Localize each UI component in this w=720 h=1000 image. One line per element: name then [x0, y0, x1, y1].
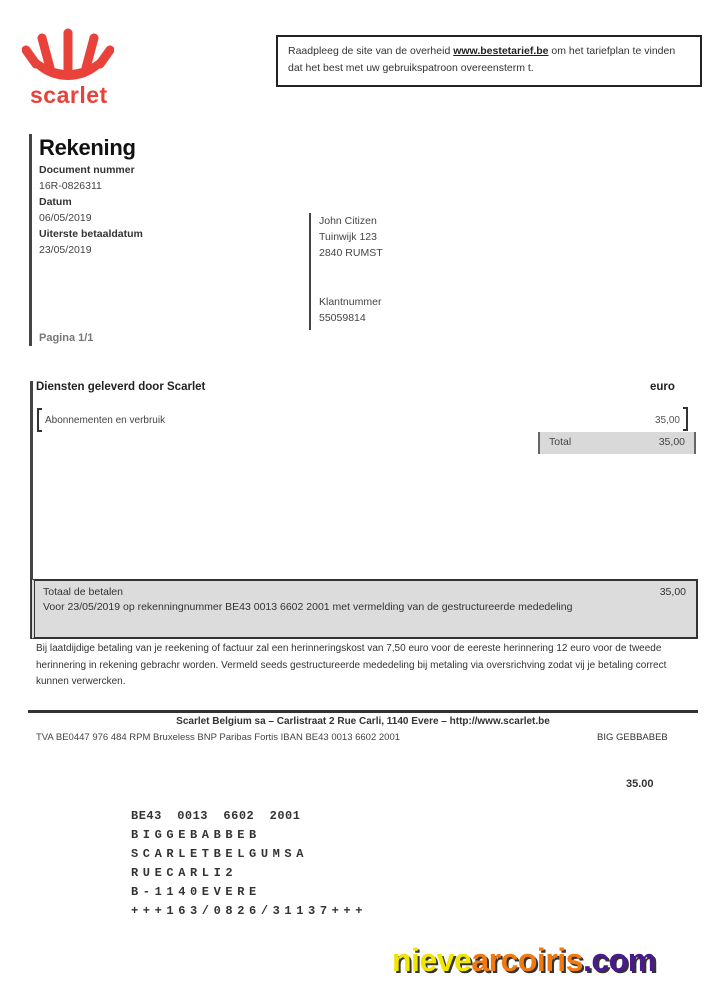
bestetarief-link[interactable]: www.bestetarief.be: [453, 45, 548, 57]
slip-amount: 35.00: [626, 778, 654, 790]
customer-city: 2840 RUMST: [319, 245, 449, 261]
payment-label: Totaal de betalen: [43, 585, 686, 600]
date-label: Datum: [39, 194, 249, 210]
client-number-label: Klantnummer: [319, 294, 449, 310]
slip-iban: BE43 0013 6602 2001: [131, 807, 367, 826]
slip-street: RUECARLI2: [131, 864, 367, 883]
currency-header: euro: [650, 381, 675, 393]
customer-street: Tuinwijk 123: [319, 229, 449, 245]
watermark: nievearcoiris.com: [392, 942, 656, 979]
total-value: 35,00: [659, 436, 685, 448]
bracket-left: [37, 408, 42, 432]
date-value: 06/05/2019: [39, 210, 249, 226]
service-item-label: Abonnementen en verbruik: [45, 415, 165, 426]
services-title: Diensten geleverd door Scarlet: [36, 381, 205, 393]
customer-name: John Citizen: [319, 213, 449, 229]
invoice-header: Rekening Document nummer 16R-0826311 Dat…: [29, 134, 249, 346]
services-total: Total 35,00: [538, 432, 696, 454]
footer-divider: [28, 710, 698, 713]
watermark-part-3: .com: [583, 942, 656, 978]
customer-address: John Citizen Tuinwijk 123 2840 RUMST Kla…: [309, 213, 449, 330]
company-bic: BIG GEBBABEB: [597, 732, 668, 743]
slip-bic: BIGGEBABBEB: [131, 826, 367, 845]
watermark-part-1: nieve: [392, 942, 471, 978]
slip-city: B-1140EVERE: [131, 883, 367, 902]
due-date-value: 23/05/2019: [39, 242, 249, 258]
total-label: Total: [549, 436, 571, 448]
slip-beneficiary: SCARLETBELGUMSA: [131, 845, 367, 864]
page-indicator: Pagina 1/1: [39, 332, 93, 344]
reminder-notice: Bij laatdijdige betaling van je reekenin…: [36, 641, 696, 691]
payment-slip: BE43 0013 6602 2001 BIGGEBABBEB SCARLETB…: [131, 807, 367, 921]
company-legal-line: TVA BE0447 976 484 RPM Bruxeless BNP Par…: [36, 732, 400, 743]
scarlet-hand-icon: [22, 28, 114, 84]
payment-amount: 35,00: [660, 585, 686, 600]
notice-prefix: Raadpleeg de site van de overheid: [288, 45, 453, 57]
client-number-value: 55059814: [319, 310, 449, 326]
slip-structured-reference: +++163/0826/31137+++: [131, 902, 367, 921]
payment-summary: Totaal de betalen 35,00 Voor 23/05/2019 …: [31, 579, 698, 639]
company-address-line: Scarlet Belgium sa – Carlistraat 2 Rue C…: [28, 716, 698, 727]
due-date-label: Uiterste betaaldatum: [39, 226, 249, 242]
document-number-label: Document nummer: [39, 162, 249, 178]
invoice-title: Rekening: [39, 134, 249, 162]
bracket-right: [683, 407, 688, 431]
scarlet-logo: scarlet: [22, 28, 114, 110]
tariff-notice: Raadpleeg de site van de overheid www.be…: [276, 35, 702, 87]
document-number-value: 16R-0826311: [39, 178, 249, 194]
service-item-amount: 35,00: [620, 415, 680, 426]
watermark-part-2: arcoiris: [471, 942, 583, 978]
brand-wordmark: scarlet: [30, 82, 108, 109]
payment-instruction: Voor 23/05/2019 op rekenningnummer BE43 …: [43, 600, 686, 615]
